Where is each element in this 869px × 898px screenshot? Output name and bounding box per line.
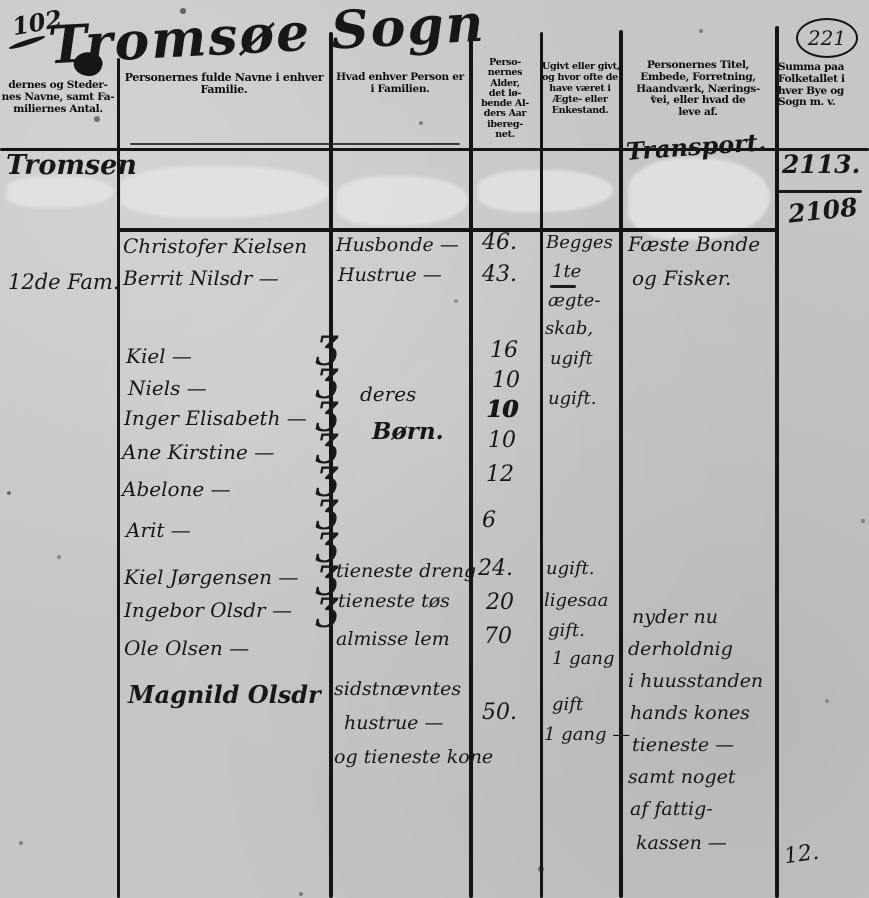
person-age: 10 <box>486 396 518 423</box>
person-name: Inger Elisabeth — <box>124 406 307 430</box>
page-family-total: 12. <box>782 840 820 870</box>
census-page-scan: 102 221 Tromsøe Sogn dernes og Steder- n… <box>0 0 869 898</box>
person-name: Ane Kirstine — <box>122 440 274 464</box>
children-label: deres <box>360 382 416 406</box>
occupation-note: i huusstanden <box>628 670 763 692</box>
person-name: Ingebor Olsdr — <box>124 598 292 622</box>
column-header-role: Hvad enhver Person er i Familien. <box>332 72 468 96</box>
column-header-age: Perso- nernes Alder, det lø- bende Al- d… <box>472 58 538 140</box>
person-name: Kiel Jørgensen — <box>124 565 298 589</box>
marital-note: Begges <box>546 232 613 253</box>
occupation-note: samt noget <box>628 766 736 788</box>
children-label: Børn. <box>372 418 444 445</box>
transport-corrected: 2108 <box>787 192 859 228</box>
person-age: 10 <box>492 368 520 393</box>
marital-status: 1 gang <box>552 648 615 669</box>
header-rule-double <box>130 143 460 145</box>
person-age: 43. <box>482 262 517 287</box>
column-header-farms: dernes og Steder- nes Navne, samt Fa- mi… <box>1 80 115 115</box>
person-name: Arit — <box>126 518 191 542</box>
person-name: Niels — <box>128 376 207 400</box>
person-age: 70 <box>484 624 512 649</box>
table-column-line <box>775 26 779 898</box>
family-number: 12de Fam. <box>8 270 120 294</box>
person-role: hustrue — <box>344 712 443 734</box>
person-name: Abelone — <box>122 477 231 501</box>
person-age: 24. <box>478 556 513 581</box>
person-role: sidstnævntes <box>334 678 461 700</box>
marital-status: ugift <box>550 348 593 369</box>
marital-note: 1te <box>552 261 581 282</box>
marital-status: ugift. <box>546 558 595 579</box>
whiteout-patch <box>120 166 330 218</box>
marital-note: ægte- <box>548 290 600 311</box>
whiteout-patch <box>336 176 468 226</box>
page-number-right: 221 <box>808 26 846 50</box>
marital-note: skab, <box>545 318 593 339</box>
marital-underline <box>550 285 576 288</box>
person-age: 12 <box>486 462 514 487</box>
occupation-note: nyder nu <box>632 606 718 628</box>
table-column-line <box>117 58 120 898</box>
person-age: 50. <box>482 700 517 725</box>
occupation-note: af fattig- <box>630 798 713 820</box>
person-name: Christofer Kielsen <box>123 234 307 258</box>
transport-label: Transport. <box>625 127 767 166</box>
person-name: Ole Olsen — <box>124 636 249 660</box>
occupation-entry: Fæste Bonde <box>628 232 760 256</box>
marital-status: ligesaa <box>544 590 608 611</box>
table-column-line <box>619 30 623 898</box>
marital-status: gift. <box>548 620 585 641</box>
person-age: 20 <box>486 590 514 615</box>
farm-name: Tromsen <box>6 150 137 181</box>
person-age: 16 <box>490 338 518 363</box>
table-column-line <box>540 32 543 898</box>
column-header-summa: Summa paa Folketallet i hver Bye og Sogn… <box>778 62 866 109</box>
parish-title: Tromsøe Sogn <box>47 0 487 76</box>
page-number-stamp: 221 <box>796 18 858 58</box>
transport-total: 2113. <box>782 150 860 179</box>
paper-specks <box>0 0 2 2</box>
person-age: 10 <box>488 428 516 453</box>
column-header-names: Personernes fulde Navne i enhver Familie… <box>120 72 328 97</box>
whiteout-patch <box>478 170 613 212</box>
column-header-marital: Ugivt eller givt, og hvor ofte de have v… <box>542 62 618 117</box>
person-role: Husbonde — <box>336 234 459 256</box>
person-age: 6 <box>482 508 496 533</box>
person-role: tieneste tøs <box>338 590 450 612</box>
marital-status: gift <box>552 694 583 715</box>
occupation-note: hands kones <box>630 702 750 724</box>
occupation-note: derholdnig <box>628 638 733 660</box>
occupation-entry: og Fisker. <box>632 266 731 290</box>
person-name: Kiel — <box>126 344 192 368</box>
person-name: Magnild Olsdr <box>128 680 321 709</box>
person-age: 46. <box>482 230 517 255</box>
person-role: almisse lem <box>336 628 450 650</box>
marital-status: 1 gang — <box>544 724 630 745</box>
children-brace: ƷƷƷƷƷƷƷƷƷ <box>316 336 352 631</box>
person-role: og tieneste kone <box>334 746 493 768</box>
occupation-note: tieneste — <box>632 734 734 756</box>
person-role: Hustrue — <box>338 264 442 286</box>
column-header-occupation: Personernes Titel, Embede, Forretning, H… <box>622 60 774 119</box>
marital-status: ugift. <box>548 388 597 409</box>
person-name: Berrit Nilsdr — <box>123 266 279 290</box>
person-role: tieneste dreng <box>336 560 476 582</box>
occupation-note: kassen — <box>636 832 727 854</box>
